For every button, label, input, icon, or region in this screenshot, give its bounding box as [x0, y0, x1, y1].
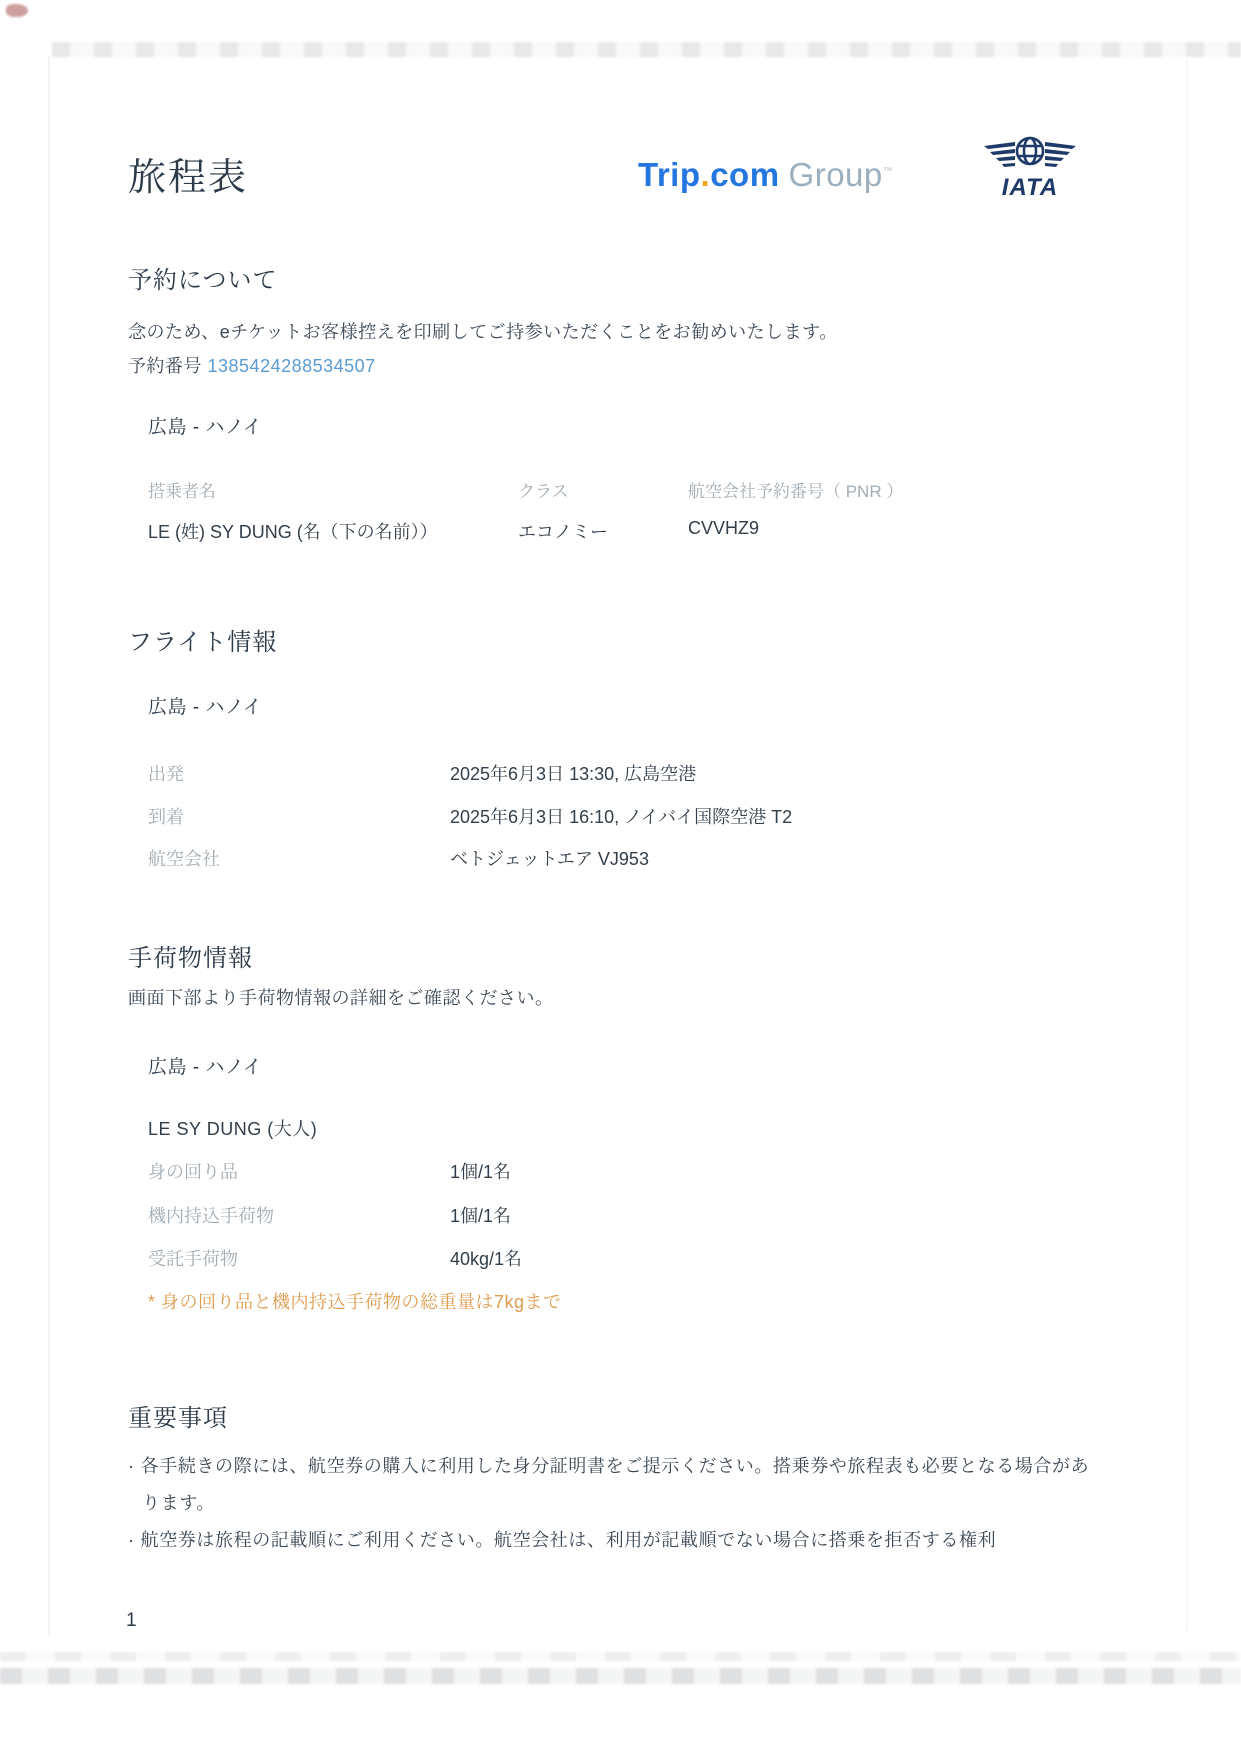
- airline-label: 航空会社: [148, 845, 220, 871]
- baggage-weight-warning: * 身の回り品と機内持込手荷物の総重量は7kgまで: [148, 1288, 562, 1314]
- airline-value: ベトジェットエア VJ953: [450, 845, 649, 871]
- departure-label: 出発: [148, 760, 184, 786]
- important-item: ·航空券は旅程の記載順にご利用ください。航空会社は、利用が記載順でない場合に搭乗…: [128, 1522, 1104, 1559]
- page-title: 旅程表: [128, 146, 248, 201]
- passenger-name-column-header: 搭乗者名: [148, 477, 216, 502]
- departure-value: 2025年6月3日 13:30, 広島空港: [450, 760, 696, 786]
- tripcom-logo-text: com: [710, 156, 779, 193]
- baggage-section-heading: 手荷物情報: [128, 938, 253, 973]
- important-section-heading: 重要事項: [128, 1398, 228, 1433]
- scan-artifact-top: [52, 42, 1241, 57]
- important-item-text: 航空券は旅程の記載順にご利用ください。航空会社は、利用が記載順でない場合に搭乗を…: [141, 1530, 997, 1550]
- iata-logo-label: IATA: [982, 174, 1078, 202]
- checked-baggage-label: 受託手荷物: [148, 1245, 238, 1271]
- baggage-note: 画面下部より手荷物情報の詳細をご確認ください。: [128, 984, 554, 1010]
- page-number: 1: [126, 1610, 137, 1632]
- scan-artifact-bottom: [0, 1668, 1241, 1684]
- carryon-label: 機内持込手荷物: [148, 1202, 274, 1228]
- iata-globe-wings-icon: [982, 130, 1078, 176]
- flight-section-heading: フライト情報: [128, 622, 277, 657]
- passenger-name-value: LE (姓) SY DUNG (名（下の名前））: [148, 518, 438, 544]
- booking-number-value: 1385424288534507: [208, 356, 376, 376]
- tripcom-logo-text: Trip: [638, 156, 701, 193]
- scan-corner-smudge: [6, 4, 28, 17]
- booking-section-heading: 予約について: [128, 260, 278, 295]
- tripcom-group-logo: Trip.comGroup™: [638, 156, 893, 194]
- booking-note: 念のため、eチケットお客様控えを印刷してご持参いただくことをお勧めいたします。: [128, 318, 838, 344]
- booking-number-label: 予約番号: [128, 356, 202, 376]
- booking-route-title: 広島 - ハノイ: [148, 412, 262, 439]
- carryon-value: 1個/1名: [450, 1202, 511, 1228]
- checked-baggage-value: 40kg/1名: [450, 1245, 522, 1271]
- class-value: エコノミー: [518, 518, 608, 544]
- scan-artifact-bottom: [0, 1652, 1241, 1661]
- pnr-value: CVVHZ9: [688, 518, 759, 539]
- baggage-route-title: 広島 - ハノイ: [148, 1052, 262, 1079]
- iata-logo: IATA: [982, 130, 1078, 202]
- arrival-value: 2025年6月3日 16:10, ノイバイ国際空港 T2: [450, 803, 792, 829]
- important-item-text: 各手続きの際には、航空券の購入に利用した身分証明書をご提示ください。搭乗券や旅程…: [141, 1456, 1090, 1513]
- flight-route-title: 広島 - ハノイ: [148, 692, 262, 719]
- tripcom-logo-group-text: Group: [789, 156, 883, 193]
- itinerary-document-page: 旅程表 Trip.comGroup™ IATA 予約: [0, 0, 1241, 1754]
- bullet-marker: ·: [128, 1456, 135, 1476]
- scan-edge-right: [1186, 60, 1188, 1630]
- scan-edge-left: [48, 56, 50, 1636]
- personal-item-label: 身の回り品: [148, 1158, 238, 1184]
- pnr-column-header: 航空会社予約番号（ PNR ）: [688, 477, 903, 502]
- class-column-header: クラス: [518, 477, 569, 502]
- baggage-passenger-name: LE SY DUNG (大人): [148, 1115, 317, 1141]
- booking-number-row: 予約番号 1385424288534507: [128, 352, 376, 378]
- personal-item-value: 1個/1名: [450, 1158, 511, 1184]
- arrival-label: 到着: [148, 803, 184, 829]
- tripcom-logo-dot: .: [701, 156, 711, 193]
- trademark-symbol: ™: [883, 166, 894, 177]
- important-item: ·各手続きの際には、航空券の購入に利用した身分証明書をご提示ください。搭乗券や旅…: [128, 1448, 1104, 1522]
- bullet-marker: ·: [128, 1530, 135, 1550]
